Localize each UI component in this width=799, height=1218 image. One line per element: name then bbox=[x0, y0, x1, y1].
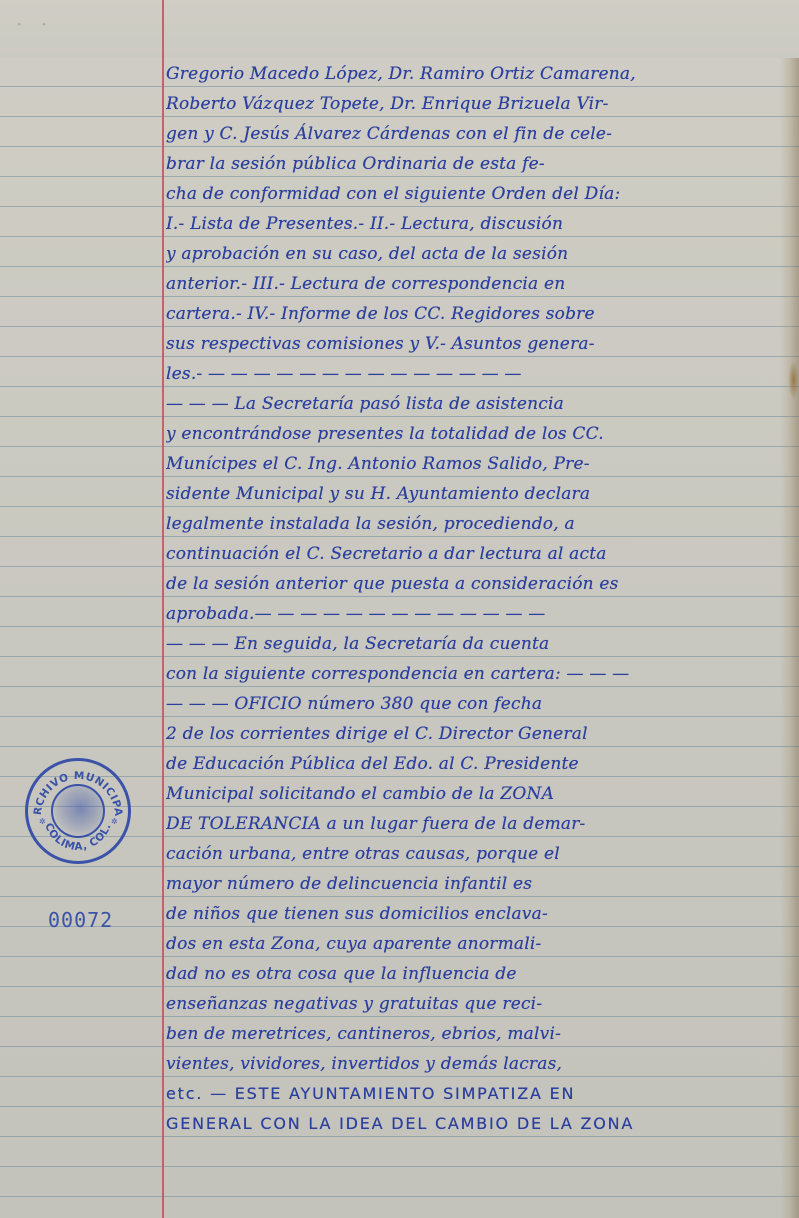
text-line: mayor número de delincuencia infantil es bbox=[166, 867, 786, 897]
text-line: — — — En seguida, la Secretaría da cuent… bbox=[166, 627, 786, 657]
text-line: dos en esta Zona, cuya aparente anormali… bbox=[166, 927, 786, 957]
red-margin-line bbox=[162, 0, 164, 1218]
text-line: continuación el C. Secretario a dar lect… bbox=[166, 537, 786, 567]
text-line: 2 de los corrientes dirige el C. Directo… bbox=[166, 717, 786, 747]
text-line: Munícipes el C. Ing. Antonio Ramos Salid… bbox=[166, 447, 786, 477]
text-line: I.- Lista de Presentes.- II.- Lectura, d… bbox=[166, 207, 786, 237]
svg-text:✲: ✲ bbox=[39, 817, 46, 826]
text-line: sidente Municipal y su H. Ayuntamiento d… bbox=[166, 477, 786, 507]
document-page: · · ARCHIVO MUNICIPAL COLIMA, COL. ✲ ✲ 0… bbox=[0, 0, 799, 1218]
text-line: etc. — ESTE AYUNTAMIENTO SIMPATIZA EN bbox=[166, 1077, 786, 1107]
text-line: de Educación Pública del Edo. al C. Pres… bbox=[166, 747, 786, 777]
text-line: Municipal solicitando el cambio de la ZO… bbox=[166, 777, 786, 807]
text-line: de niños que tienen sus domicilios encla… bbox=[166, 897, 786, 927]
page-header-blank bbox=[0, 0, 799, 58]
svg-text:✲: ✲ bbox=[111, 817, 118, 826]
text-line: anterior.- III.- Lectura de corresponden… bbox=[166, 267, 786, 297]
text-line: sus respectivas comisiones y V.- Asuntos… bbox=[166, 327, 786, 357]
text-line: de la sesión anterior que puesta a consi… bbox=[166, 567, 786, 597]
text-line: ben de meretrices, cantineros, ebrios, m… bbox=[166, 1017, 786, 1047]
handwritten-text-block: Gregorio Macedo López, Dr. Ramiro Ortiz … bbox=[166, 57, 786, 1137]
text-line: les.- — — — — — — — — — — — — — — bbox=[166, 357, 786, 387]
text-line: con la siguiente correspondencia en cart… bbox=[166, 657, 786, 687]
text-line: vientes, vividores, invertidos y demás l… bbox=[166, 1047, 786, 1077]
text-line: brar la sesión pública Ordinaria de esta… bbox=[166, 147, 786, 177]
corner-smudge: · · bbox=[16, 12, 53, 36]
text-line: — — — OFICIO número 380 que con fecha bbox=[166, 687, 786, 717]
text-line: Gregorio Macedo López, Dr. Ramiro Ortiz … bbox=[166, 57, 786, 87]
text-line: enseñanzas negativas y gratuitas que rec… bbox=[166, 987, 786, 1017]
text-line: — — — La Secretaría pasó lista de asiste… bbox=[166, 387, 786, 417]
text-line: y encontrándose presentes la totalidad d… bbox=[166, 417, 786, 447]
text-line: legalmente instalada la sesión, procedie… bbox=[166, 507, 786, 537]
archivo-municipal-stamp: ARCHIVO MUNICIPAL COLIMA, COL. ✲ ✲ bbox=[25, 758, 131, 864]
stamp-seal-emblem bbox=[51, 784, 105, 838]
text-line: Roberto Vázquez Topete, Dr. Enrique Briz… bbox=[166, 87, 786, 117]
text-line: aprobada.— — — — — — — — — — — — — bbox=[166, 597, 786, 627]
text-line: y aprobación en su caso, del acta de la … bbox=[166, 237, 786, 267]
text-line: dad no es otra cosa que la influencia de bbox=[166, 957, 786, 987]
folio-number: 00072 bbox=[48, 908, 113, 932]
text-line: cha de conformidad con el siguiente Orde… bbox=[166, 177, 786, 207]
text-line: cación urbana, entre otras causas, porqu… bbox=[166, 837, 786, 867]
paper-stain bbox=[788, 360, 799, 400]
text-line: cartera.- IV.- Informe de los CC. Regido… bbox=[166, 297, 786, 327]
text-line: gen y C. Jesús Álvarez Cárdenas con el f… bbox=[166, 117, 786, 147]
text-line: DE TOLERANCIA a un lugar fuera de la dem… bbox=[166, 807, 786, 837]
text-line: GENERAL CON LA IDEA DEL CAMBIO DE LA ZON… bbox=[166, 1107, 786, 1137]
